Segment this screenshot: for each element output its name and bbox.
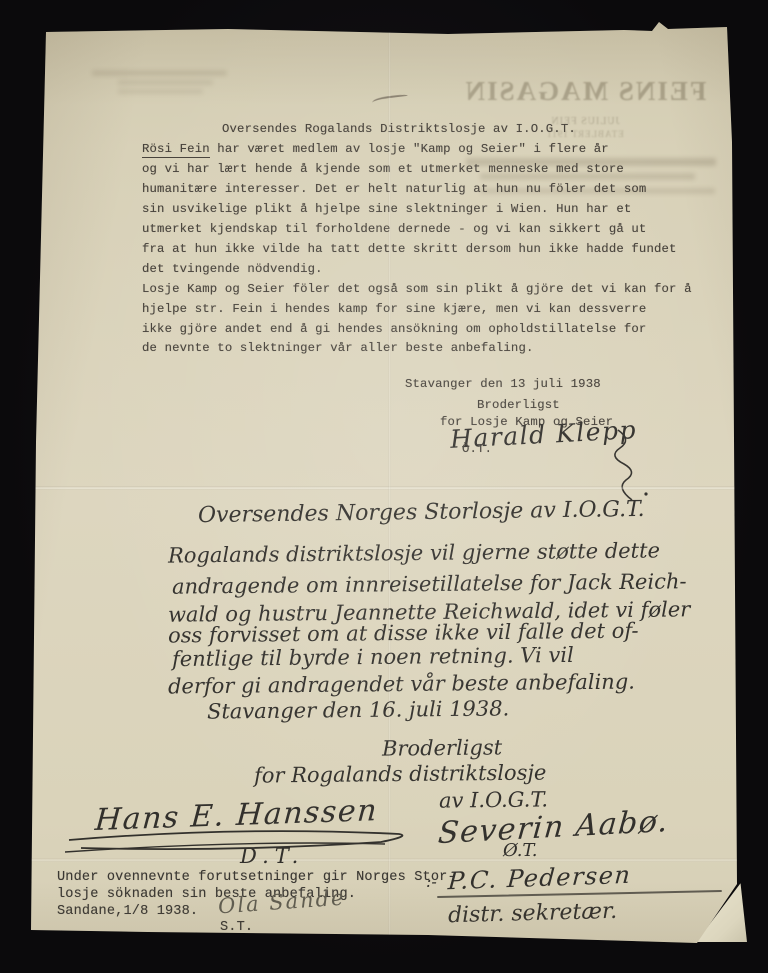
bleedthrough-smudge xyxy=(118,80,213,85)
document-page: FEINS MAGASIN JULIUS FEIN ETABLERT 1911 … xyxy=(28,22,740,946)
typed-date: Stavanger den 13 juli 1938 xyxy=(405,377,601,391)
typed-letter-heading: Oversendes Rogalands Distriktslosje av I… xyxy=(222,122,576,136)
bleedthrough-smudge xyxy=(118,89,203,94)
fold-crease-horizontal xyxy=(28,486,740,490)
signature-title-dt: D.T. xyxy=(240,844,304,868)
handwritten-line: andragende om innreisetillatelse for Jac… xyxy=(172,569,687,598)
secretary-dash: :- xyxy=(426,872,437,891)
typed-letter-line: sin usvikelige plikt å hjelpe sine slekt… xyxy=(142,202,631,216)
document-photo: FEINS MAGASIN JULIUS FEIN ETABLERT 1911 … xyxy=(0,0,768,973)
endorsement-signer-title: S.T. xyxy=(220,921,253,935)
typed-letter-line: utmerket kjendskap til forholdene derned… xyxy=(142,222,646,236)
secretary-title: distr. sekretær. xyxy=(448,899,618,928)
typed-letter-line: det tvingende nödvendig. xyxy=(142,262,323,276)
handwritten-heading: Oversendes Norges Storlosje av I.O.G.T. xyxy=(198,497,645,528)
signature-flourish xyxy=(548,422,668,507)
typed-line-rest: har været medlem av losje "Kamp og Seier… xyxy=(210,142,609,156)
bleedthrough-smudge xyxy=(92,70,227,76)
typed-letter-line: humanitære interesser. Det er helt natur… xyxy=(142,182,646,196)
handwritten-date: Stavanger den 16. juli 1938. xyxy=(207,696,509,723)
typed-letter-line: ikke gjöre andet end å gi hendes ansökni… xyxy=(142,322,646,336)
signature-pc-pedersen: P.C. Pedersen xyxy=(447,861,632,895)
handwritten-line: fentlige til byrde i noen retning. Vi vi… xyxy=(172,643,574,671)
handwritten-closing-order: av I.O.G.T. xyxy=(439,787,548,812)
typed-letter-line: og vi har lært hende å kjende som et utm… xyxy=(142,162,624,176)
fold-crease-horizontal xyxy=(28,858,740,862)
typed-letter-line: de nevnte to slektninger vår aller beste… xyxy=(142,341,534,355)
typed-letter-line: Losje Kamp og Seier föler det også som s… xyxy=(142,282,692,296)
typed-letter-line: Rösi Fein har været medlem av losje "Kam… xyxy=(142,142,609,156)
typed-signer-title: Ö.T. xyxy=(462,442,492,456)
fold-crease-vertical xyxy=(388,22,391,946)
typed-letter-line: hjelpe str. Fein i hendes kamp for sine … xyxy=(142,302,646,316)
endorsement-line: Under ovennevnte forutsetninger gir Norg… xyxy=(57,871,456,885)
endorsement-line: Sandane,1/8 1938. xyxy=(57,905,198,919)
letterhead-bleedthrough-title: FEINS MAGASIN xyxy=(440,76,730,107)
signature-title-ot: Ø.T. xyxy=(503,840,538,861)
handwritten-line: Rogalands distriktslosje vil gjerne støt… xyxy=(168,538,660,567)
handwritten-closing-broderligst: Broderligst xyxy=(382,735,502,760)
typed-name-underlined: Rösi Fein xyxy=(142,142,210,158)
typed-letter-line: fra at hun ikke vilde ha tatt dette skri… xyxy=(142,242,677,256)
typed-closing-broderligst: Broderligst xyxy=(477,398,560,412)
handwritten-closing-lodge: for Rogalands distriktslosje xyxy=(254,760,547,787)
handwritten-line: derfor gi andragendet vår beste anbefali… xyxy=(168,670,635,699)
